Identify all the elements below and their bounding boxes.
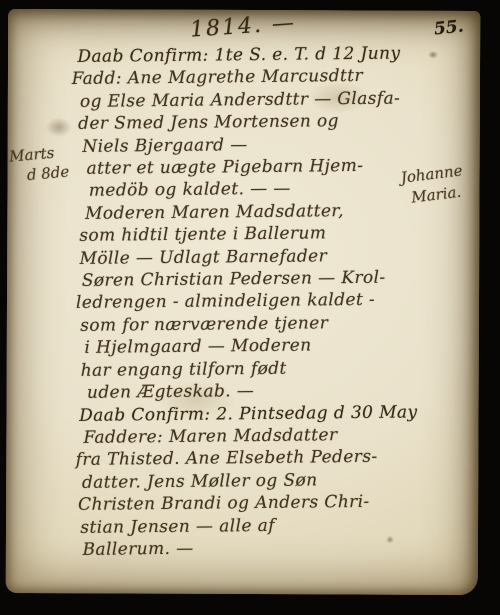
handwritten-line: Ballerum. — [82, 535, 442, 561]
page-number: 55. [433, 17, 465, 40]
margin-date-note: Marts d 8de [8, 142, 70, 187]
scanned-register-page: 1814. — 55. Marts d 8de Johanne Maria. D… [0, 0, 500, 615]
handwritten-line: Daab Confirm: 1te S. e. T. d 12 Juny [77, 42, 437, 68]
handwritten-line: Daab Confirm: 2. Pintsedag d 30 May [79, 401, 441, 427]
paper-stain [46, 117, 72, 137]
margin-date-day: d 8de [26, 161, 70, 185]
handwritten-line: og Else Maria Andersdttr — Glasfa- [80, 87, 438, 113]
manuscript-lines: Daab Confirm: 1te S. e. T. d 12 JunyFadd… [77, 42, 442, 561]
